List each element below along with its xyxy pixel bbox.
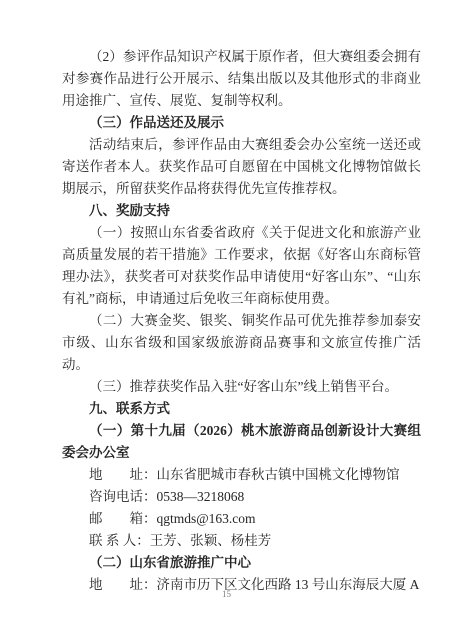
heading-contact-promotion-center: （二）山东省旅游推广中心 [62, 552, 421, 574]
document-page: （2）参评作品知识产权属于原作者，但大赛组委会拥有对参赛作品进行公开展示、结集出… [0, 0, 453, 640]
contact-value: 王芳、张颖、杨桂芳 [150, 533, 272, 548]
heading-section-3-return-display: （三）作品送还及展示 [62, 112, 421, 134]
contact-label: 地 址 [89, 467, 143, 482]
contact-label: 邮 箱 [89, 511, 143, 526]
heading-contact-office-committee: （一）第十九届（2026）桃木旅游商品创新设计大赛组委会办公室 [62, 420, 421, 464]
heading-section-8-award-support: 八、奖励支持 [62, 200, 421, 222]
contact-colon: ： [143, 489, 157, 504]
contact-value: 0538—3218068 [157, 489, 245, 504]
contact-row-phone: 咨询电话：0538—3218068 [62, 486, 421, 508]
contact-value: 山东省肥城市春秋古镇中国桃文化博物馆 [157, 467, 400, 482]
contact-colon: ： [143, 511, 157, 526]
contact-value: qgtmds@163.com [157, 511, 256, 526]
paragraph-award-3: （三）推荐获奖作品入驻“好客山东”线上销售平台。 [62, 376, 421, 398]
paragraph-award-2: （二）大赛金奖、银奖、铜奖作品可优先推荐参加泰安市级、山东省级和国家级旅游商品赛… [62, 310, 421, 376]
document-content: （2）参评作品知识产权属于原作者，但大赛组委会拥有对参赛作品进行公开展示、结集出… [62, 46, 421, 596]
contact-colon: ： [136, 533, 150, 548]
contact-row-email: 邮 箱：qgtmds@163.com [62, 508, 421, 530]
paragraph-return-display: 活动结束后，参评作品由大赛组委会办公室统一送还或寄送作者本人。获奖作品可自愿留在… [62, 134, 421, 200]
page-number: 15 [0, 588, 453, 600]
paragraph-copyright: （2）参评作品知识产权属于原作者，但大赛组委会拥有对参赛作品进行公开展示、结集出… [62, 46, 421, 112]
contact-row-address-1: 地 址：山东省肥城市春秋古镇中国桃文化博物馆 [62, 464, 421, 486]
contact-label: 咨询电话 [89, 489, 143, 504]
heading-section-9-contact: 九、联系方式 [62, 398, 421, 420]
contact-label: 联 系 人 [89, 533, 136, 548]
contact-colon: ： [143, 467, 157, 482]
contact-row-contact-person: 联 系 人：王芳、张颖、杨桂芳 [62, 530, 421, 552]
paragraph-award-1: （一）按照山东省委省政府《关于促进文化和旅游产业高质量发展的若干措施》工作要求，… [62, 222, 421, 310]
